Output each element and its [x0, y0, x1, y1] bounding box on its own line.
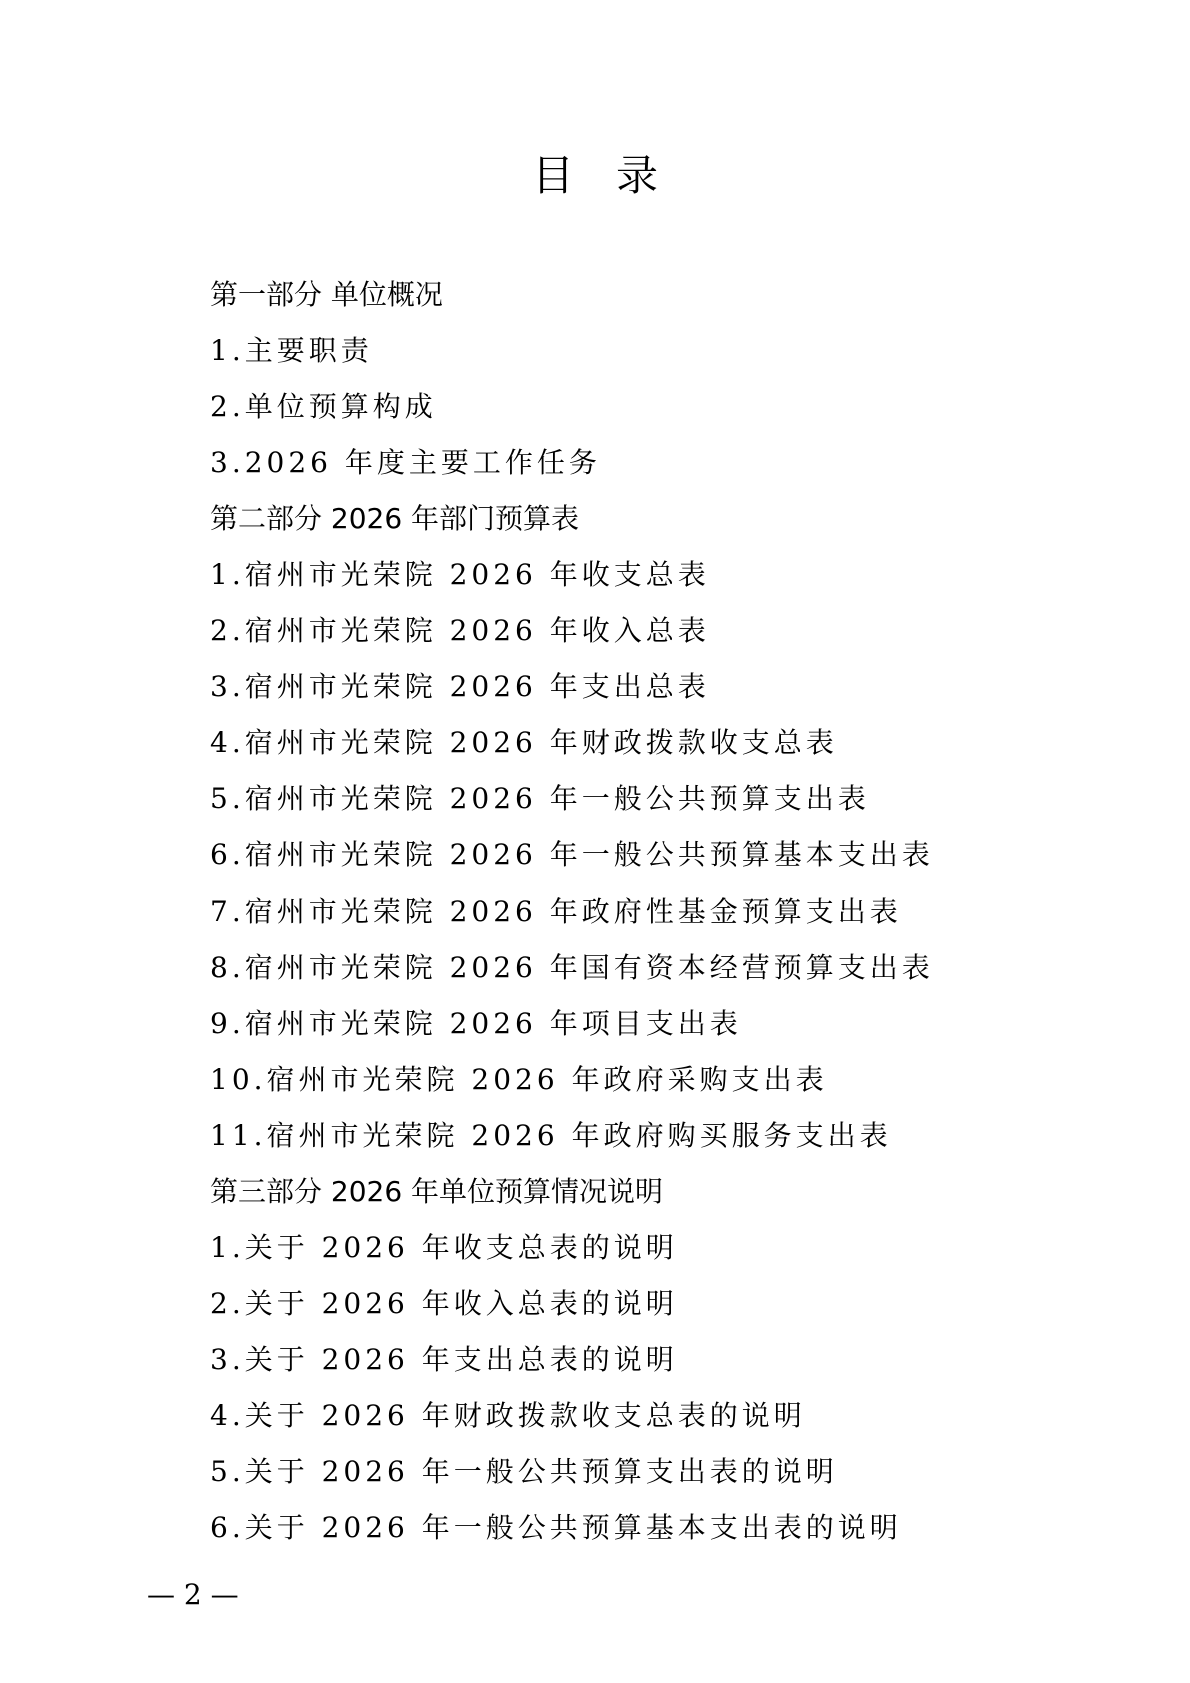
toc-item[interactable]: 1.宿州市光荣院 2026 年收支总表: [210, 547, 1110, 603]
toc-item[interactable]: 4.宿州市光荣院 2026 年财政拨款收支总表: [210, 715, 1110, 771]
table-of-contents: 第一部分 单位概况 1.主要职责 2.单位预算构成 3.2026 年度主要工作任…: [210, 267, 1110, 1556]
toc-item[interactable]: 2.单位预算构成: [210, 379, 1110, 435]
toc-item[interactable]: 2.宿州市光荣院 2026 年收入总表: [210, 603, 1110, 659]
section-heading-1[interactable]: 第一部分 单位概况: [210, 267, 1110, 323]
page-number: — 2 —: [147, 1575, 239, 1615]
toc-item[interactable]: 3.宿州市光荣院 2026 年支出总表: [210, 659, 1110, 715]
toc-item[interactable]: 4.关于 2026 年财政拨款收支总表的说明: [210, 1388, 1110, 1444]
toc-item[interactable]: 8.宿州市光荣院 2026 年国有资本经营预算支出表: [210, 940, 1110, 996]
toc-item[interactable]: 3.关于 2026 年支出总表的说明: [210, 1332, 1110, 1388]
toc-item[interactable]: 5.关于 2026 年一般公共预算支出表的说明: [210, 1444, 1110, 1500]
toc-item[interactable]: 6.宿州市光荣院 2026 年一般公共预算基本支出表: [210, 827, 1110, 883]
toc-item[interactable]: 1.主要职责: [210, 323, 1110, 379]
toc-item[interactable]: 3.2026 年度主要工作任务: [210, 435, 1110, 491]
toc-item[interactable]: 5.宿州市光荣院 2026 年一般公共预算支出表: [210, 771, 1110, 827]
toc-item[interactable]: 10.宿州市光荣院 2026 年政府采购支出表: [210, 1052, 1110, 1108]
toc-item[interactable]: 9.宿州市光荣院 2026 年项目支出表: [210, 996, 1110, 1052]
toc-item[interactable]: 6.关于 2026 年一般公共预算基本支出表的说明: [210, 1500, 1110, 1556]
toc-item[interactable]: 1.关于 2026 年收支总表的说明: [210, 1220, 1110, 1276]
toc-item[interactable]: 11.宿州市光荣院 2026 年政府购买服务支出表: [210, 1108, 1110, 1164]
section-heading-3[interactable]: 第三部分 2026 年单位预算情况说明: [210, 1164, 1110, 1220]
toc-item[interactable]: 7.宿州市光荣院 2026 年政府性基金预算支出表: [210, 884, 1110, 940]
page-title: 目录: [0, 150, 1190, 202]
toc-item[interactable]: 2.关于 2026 年收入总表的说明: [210, 1276, 1110, 1332]
section-heading-2[interactable]: 第二部分 2026 年部门预算表: [210, 491, 1110, 547]
